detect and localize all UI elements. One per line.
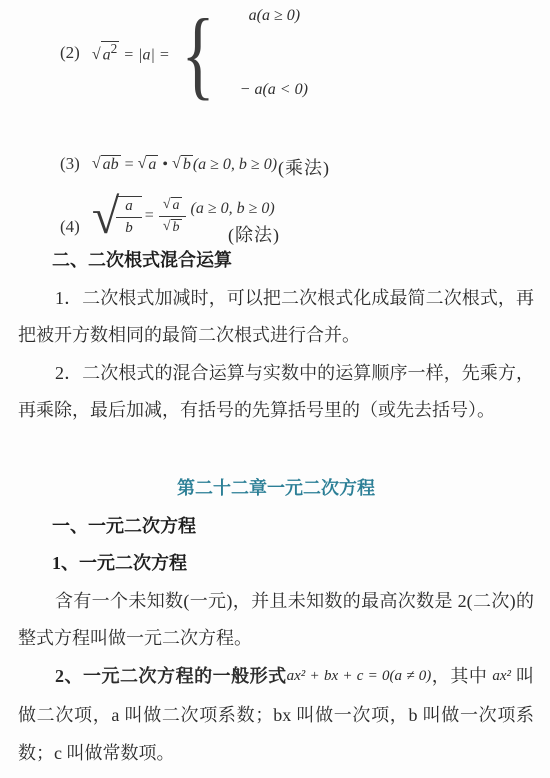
denominator: b <box>125 218 133 237</box>
radical-icon: √ <box>138 155 147 173</box>
paragraph-order-of-operations: 2．二次根式的混合运算与实数中的运算顺序一样，先乘方，再乘除，最后加减，有括号的… <box>18 355 534 430</box>
formula-division: (4) √ a b = √a √b (a ≥ 0, b ≥ 0) (除法) <box>60 185 275 247</box>
subsection-heading-1: 一、一元二次方程 <box>18 508 534 546</box>
piecewise-cases: a(a ≥ 0) − a(a < 0) <box>240 7 308 99</box>
radical-icon: √ <box>172 155 181 173</box>
paragraph-general-form: 2、一元二次方程的一般形式ax² + bx + c = 0(a ≠ 0)，其中 … <box>18 658 534 773</box>
radical-icon: √ <box>92 191 119 241</box>
general-form-lead: 2、一元二次方程的一般形式 <box>55 666 287 686</box>
condition: (a ≥ 0, b ≥ 0) <box>191 200 275 218</box>
fraction-of-roots: √a √b <box>159 197 186 236</box>
paragraph-addition-subtraction: 1．二次根式加减时，可以把二次根式化成最简二次根式，再把被开方数相同的最简二次根… <box>18 280 534 355</box>
brace-icon: { <box>181 11 215 96</box>
formula-abs-value: (2) √a2 = |a| = { a(a ≥ 0) − a(a < 0) <box>60 2 308 104</box>
radicand: a <box>103 47 111 64</box>
root-denominator: √b <box>163 217 182 236</box>
section-quadratic-equation: 第二十二章一元二次方程 一、一元二次方程 1、一元二次方程 含有一个未知数(一元… <box>18 470 534 772</box>
equals-abs: = |a| = <box>123 47 169 64</box>
quadratic-term: ax² <box>492 668 511 684</box>
radical-icon: √ <box>163 197 171 213</box>
radicand-ab: ab <box>101 155 121 174</box>
section-heading: 二、二次根式混合运算 <box>18 242 534 280</box>
formula-3-expression: √ab = √a • √b(a ≥ 0, b ≥ 0) <box>92 155 277 174</box>
general-form-mid: ，其中 <box>431 666 492 686</box>
document-page: (2) √a2 = |a| = { a(a ≥ 0) − a(a < 0) (3… <box>0 0 550 778</box>
equals-sign: = <box>145 207 154 225</box>
condition: (a ≥ 0, b ≥ 0) <box>193 156 277 173</box>
case-nonnegative: a(a ≥ 0) <box>240 7 308 25</box>
formula-2-label: (2) <box>60 43 80 63</box>
formula-3-label: (3) <box>60 154 80 174</box>
radical-icon: √ <box>163 219 171 235</box>
radicand-b: b <box>181 155 193 174</box>
paragraph-definition: 含有一个未知数(一元)，并且未知数的最高次数是 2(二次)的整式方程叫做一元二次… <box>18 583 534 658</box>
case-negative: − a(a < 0) <box>240 81 308 99</box>
formula-2-expression: √a2 = |a| = <box>92 41 170 64</box>
exponent: 2 <box>111 41 118 56</box>
multiplication-tag: (乘法) <box>278 154 330 180</box>
dot-operator: • <box>162 156 168 173</box>
formula-4-label: (4) <box>60 217 80 237</box>
radicand-a: a <box>146 155 158 174</box>
equals-sign: = <box>125 156 134 173</box>
general-form-equation: ax² + bx + c = 0(a ≠ 0) <box>287 668 432 684</box>
root-numerator: √a <box>159 197 186 217</box>
subsection-heading-2: 1、一元二次方程 <box>18 545 534 583</box>
radical-icon: √ <box>92 155 101 173</box>
radical-icon: √ <box>92 46 101 64</box>
section-mixed-operations: 二、二次根式混合运算 1．二次根式加减时，可以把二次根式化成最简二次根式，再把被… <box>18 242 534 430</box>
chapter-title: 第二十二章一元二次方程 <box>18 470 534 508</box>
fraction-under-root: a b <box>116 196 142 237</box>
formula-multiplication: (3) √ab = √a • √b(a ≥ 0, b ≥ 0) (乘法) <box>60 148 330 180</box>
numerator: a <box>116 196 142 218</box>
